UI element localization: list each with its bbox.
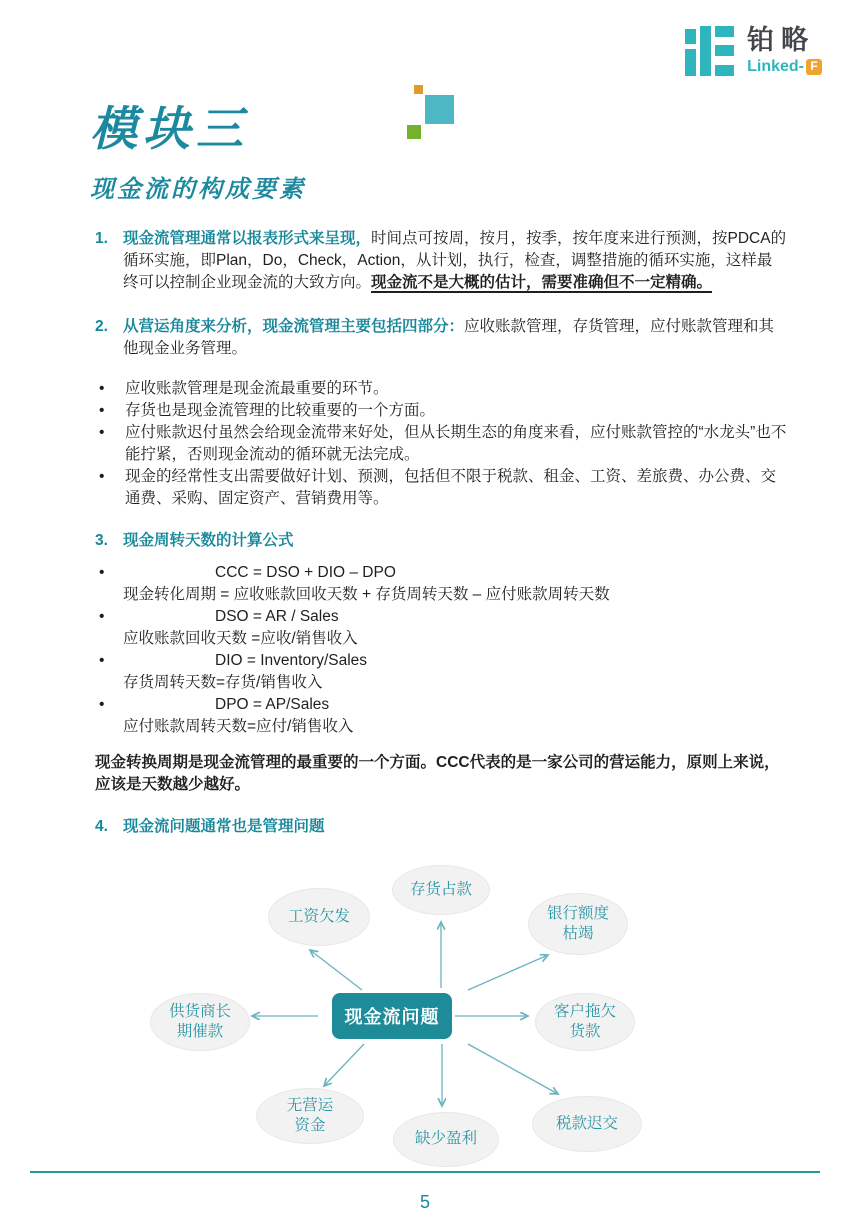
diagram-node-lack-of-profit: 缺少盈利 bbox=[393, 1112, 499, 1167]
page-content: 1. 现金流管理通常以报表形式来呈现，时间点可按周，按月，按季，按年度来进行预测… bbox=[95, 228, 787, 838]
decorative-squares-icon bbox=[317, 82, 457, 142]
brand-name-en-text: Linked- bbox=[747, 58, 804, 76]
cashflow-problems-diagram: 工资欠发 存货占款 银行额度 枯竭 供货商长 期催款 客户拖欠 货款 无营运 资… bbox=[0, 858, 850, 1168]
section-1-emphasis: 现金流不是大概的估计，需要准确但不一定精确。 bbox=[371, 274, 712, 291]
section-1-lead: 现金流管理通常以报表形式来呈现， bbox=[123, 230, 371, 247]
brand-text: 铂略 Linked- F bbox=[747, 26, 822, 75]
title-block: 模块三 现金流的构成要素 bbox=[90, 92, 490, 204]
section-2-paragraph: 从营运角度来分析，现金流管理主要包括四部分：应收账款管理，存货管理，应付账款管理… bbox=[123, 316, 787, 360]
formula-cn: 存货周转天数=存货/销售收入 bbox=[123, 672, 787, 694]
bullet-list: 应收账款管理是现金流最重要的环节。 存货也是现金流管理的比较重要的一个方面。 应… bbox=[95, 378, 787, 510]
section-4-number: 4. bbox=[95, 816, 123, 838]
formula-ccc: CCC = DSO + DIO – DPO 现金转化周期 = 应收账款回收天数 … bbox=[95, 562, 787, 606]
section-3-heading: 3. 现金周转天数的计算公式 bbox=[95, 530, 787, 552]
node-label: 期催款 bbox=[177, 1022, 224, 1042]
node-label: 缺少盈利 bbox=[415, 1129, 477, 1149]
formula-list: CCC = DSO + DIO – DPO 现金转化周期 = 应收账款回收天数 … bbox=[95, 562, 787, 738]
diagram-node-late-tax: 税款迟交 bbox=[532, 1096, 642, 1152]
diagram-node-bank-credit-dryup: 银行额度 枯竭 bbox=[528, 893, 628, 955]
diagram-node-wage-arrears: 工资欠发 bbox=[268, 888, 370, 946]
formula-dso: DSO = AR / Sales 应收账款回收天数 =应收/销售收入 bbox=[95, 606, 787, 650]
node-label: 枯竭 bbox=[562, 924, 593, 944]
brand-name-en: Linked- F bbox=[747, 58, 822, 76]
formula-en: CCC = DSO + DIO – DPO bbox=[123, 562, 787, 584]
brand-f-badge: F bbox=[806, 59, 822, 75]
page-number: 5 bbox=[0, 1192, 850, 1213]
diagram-node-customer-arrears: 客户拖欠 货款 bbox=[535, 993, 635, 1051]
formula-cn: 应付账款周转天数=应付/销售收入 bbox=[123, 716, 787, 738]
linked-f-logo-icon bbox=[685, 26, 737, 76]
section-4-heading: 4. 现金流问题通常也是管理问题 bbox=[95, 816, 787, 838]
formula-en: DSO = AR / Sales bbox=[123, 606, 787, 628]
diagram-node-supplier-dunning: 供货商长 期催款 bbox=[150, 993, 250, 1051]
list-item: 存货也是现金流管理的比较重要的一个方面。 bbox=[95, 400, 787, 422]
section-2-lead: 从营运角度来分析，现金流管理主要包括四部分： bbox=[123, 318, 464, 335]
section-1-number: 1. bbox=[95, 228, 123, 294]
diagram-node-no-working-capital: 无营运 资金 bbox=[256, 1088, 364, 1144]
node-label: 资金 bbox=[294, 1116, 325, 1136]
node-label: 无营运 bbox=[287, 1096, 334, 1116]
list-item: 应收账款管理是现金流最重要的环节。 bbox=[95, 378, 787, 400]
formula-cn: 现金转化周期 = 应收账款回收天数 + 存货周转天数 – 应付账款周转天数 bbox=[123, 584, 787, 606]
formula-en: DIO = Inventory/Sales bbox=[123, 650, 787, 672]
section-1: 1. 现金流管理通常以报表形式来呈现，时间点可按周，按月，按季，按年度来进行预测… bbox=[95, 228, 787, 294]
formula-en: DPO = AP/Sales bbox=[123, 694, 787, 716]
page-subtitle: 现金流的构成要素 bbox=[90, 169, 490, 204]
section-2-number: 2. bbox=[95, 316, 123, 360]
brand-logo: 铂略 Linked- F bbox=[685, 26, 822, 76]
section-1-paragraph: 现金流管理通常以报表形式来呈现，时间点可按周，按月，按季，按年度来进行预测，按P… bbox=[123, 228, 787, 294]
list-item: 应付账款迟付虽然会给现金流带来好处，但从长期生态的角度来看，应付账款管控的“水龙… bbox=[95, 422, 787, 466]
diagram-node-inventory-tieup: 存货占款 bbox=[392, 865, 490, 915]
formula-dpo: DPO = AP/Sales 应付账款周转天数=应付/销售收入 bbox=[95, 694, 787, 738]
document-page: 铂略 Linked- F 模块三 现金流的构成要素 1. 现金流管理通常以报表形… bbox=[0, 0, 850, 1228]
diagram-center-node: 现金流问题 bbox=[332, 993, 452, 1039]
brand-name-cn: 铂略 bbox=[747, 26, 822, 56]
formula-dio: DIO = Inventory/Sales 存货周转天数=存货/销售收入 bbox=[95, 650, 787, 694]
node-label: 存货占款 bbox=[410, 880, 472, 900]
node-label: 税款迟交 bbox=[556, 1114, 618, 1134]
footer-divider bbox=[30, 1171, 820, 1173]
formula-cn: 应收账款回收天数 =应收/销售收入 bbox=[123, 628, 787, 650]
list-item: 现金的经常性支出需要做好计划、预测，包括但不限于税款、租金、工资、差旅费、办公费… bbox=[95, 466, 787, 510]
section-3-number: 3. bbox=[95, 530, 123, 552]
node-label: 供货商长 bbox=[169, 1002, 231, 1022]
node-label: 货款 bbox=[569, 1022, 600, 1042]
node-label: 客户拖欠 bbox=[554, 1002, 616, 1022]
conclusion-paragraph: 现金转换周期是现金流管理的最重要的一个方面。CCC代表的是一家公司的营运能力，原… bbox=[95, 752, 787, 796]
section-2: 2. 从营运角度来分析，现金流管理主要包括四部分：应收账款管理，存货管理，应付账… bbox=[95, 316, 787, 360]
section-4-title: 现金流问题通常也是管理问题 bbox=[123, 816, 787, 838]
node-label: 工资欠发 bbox=[288, 907, 350, 927]
node-label: 银行额度 bbox=[547, 904, 609, 924]
section-3-title: 现金周转天数的计算公式 bbox=[123, 530, 787, 552]
